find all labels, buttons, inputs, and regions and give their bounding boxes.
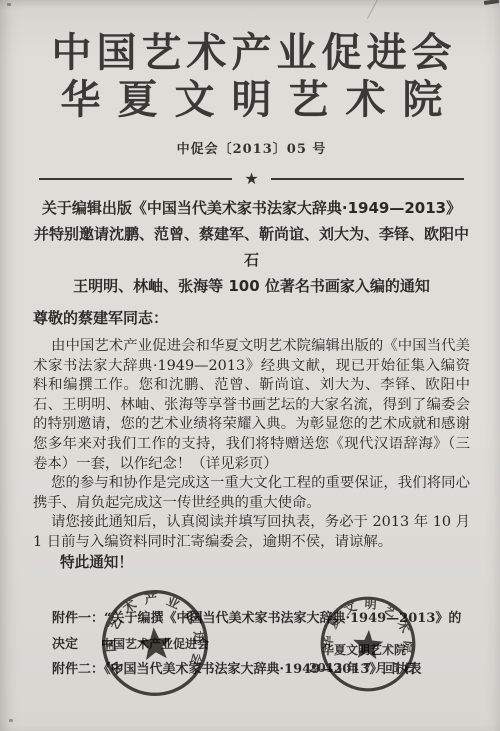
notice-title-line3: 王明明、林岫、张海等 100 位著名书画家入编的通知: [33, 273, 470, 299]
star-icon: [137, 626, 173, 661]
scanned-notice-document: 中国艺术产业促进会 华夏文明艺术院 中促会〔2013〕05 号 ★ 关于编辑出版…: [0, 0, 500, 731]
body-paragraph-2: 您的参与和协作是完成这一重大文化工程的重要保证，我们将同心携手、肩负起完成这一传…: [33, 474, 470, 513]
seal-stamp-left: 中国艺术产业促进会: [94, 582, 215, 703]
salutation: 尊敬的蔡建军同志：: [33, 308, 470, 328]
seal-stamp-right: 华夏文明艺术院: [315, 591, 422, 698]
divider-rule-right: [271, 178, 464, 180]
star-icon: [352, 629, 384, 660]
divider-rule-left: [39, 178, 232, 180]
scan-speck: [9, 719, 13, 722]
org-name-line2: 华夏文明艺术院: [33, 76, 470, 124]
notice-title: 关于编辑出版《中国当代美术家书法家大辞典·1949—2013》 并特别邀请沈鹏、…: [33, 195, 470, 299]
body-paragraph-3: 请您接此通知后，认真阅读并填写回执表，务必于 2013 年 10 月 1 日前与…: [33, 513, 470, 552]
notice-title-line1: 关于编辑出版《中国当代美术家书法家大辞典·1949—2013》: [33, 195, 470, 221]
notice-title-line2: 并特别邀请沈鹏、范曾、蔡建军、靳尚谊、刘大为、李铎、欧阳中石: [33, 221, 470, 273]
star-divider: ★: [39, 171, 464, 187]
document-number: 中促会〔2013〕05 号: [33, 138, 470, 157]
closing-line: 特此通知！: [33, 553, 470, 573]
body-paragraph-1: 由中国艺术产业促进会和华夏文明艺术院编辑出版的《中国当代美术家书法家大辞典·19…: [33, 337, 470, 474]
star-icon: ★: [232, 171, 270, 187]
scan-speck: [7, 3, 11, 6]
org-name-line1: 中国艺术产业促进会: [33, 0, 470, 76]
